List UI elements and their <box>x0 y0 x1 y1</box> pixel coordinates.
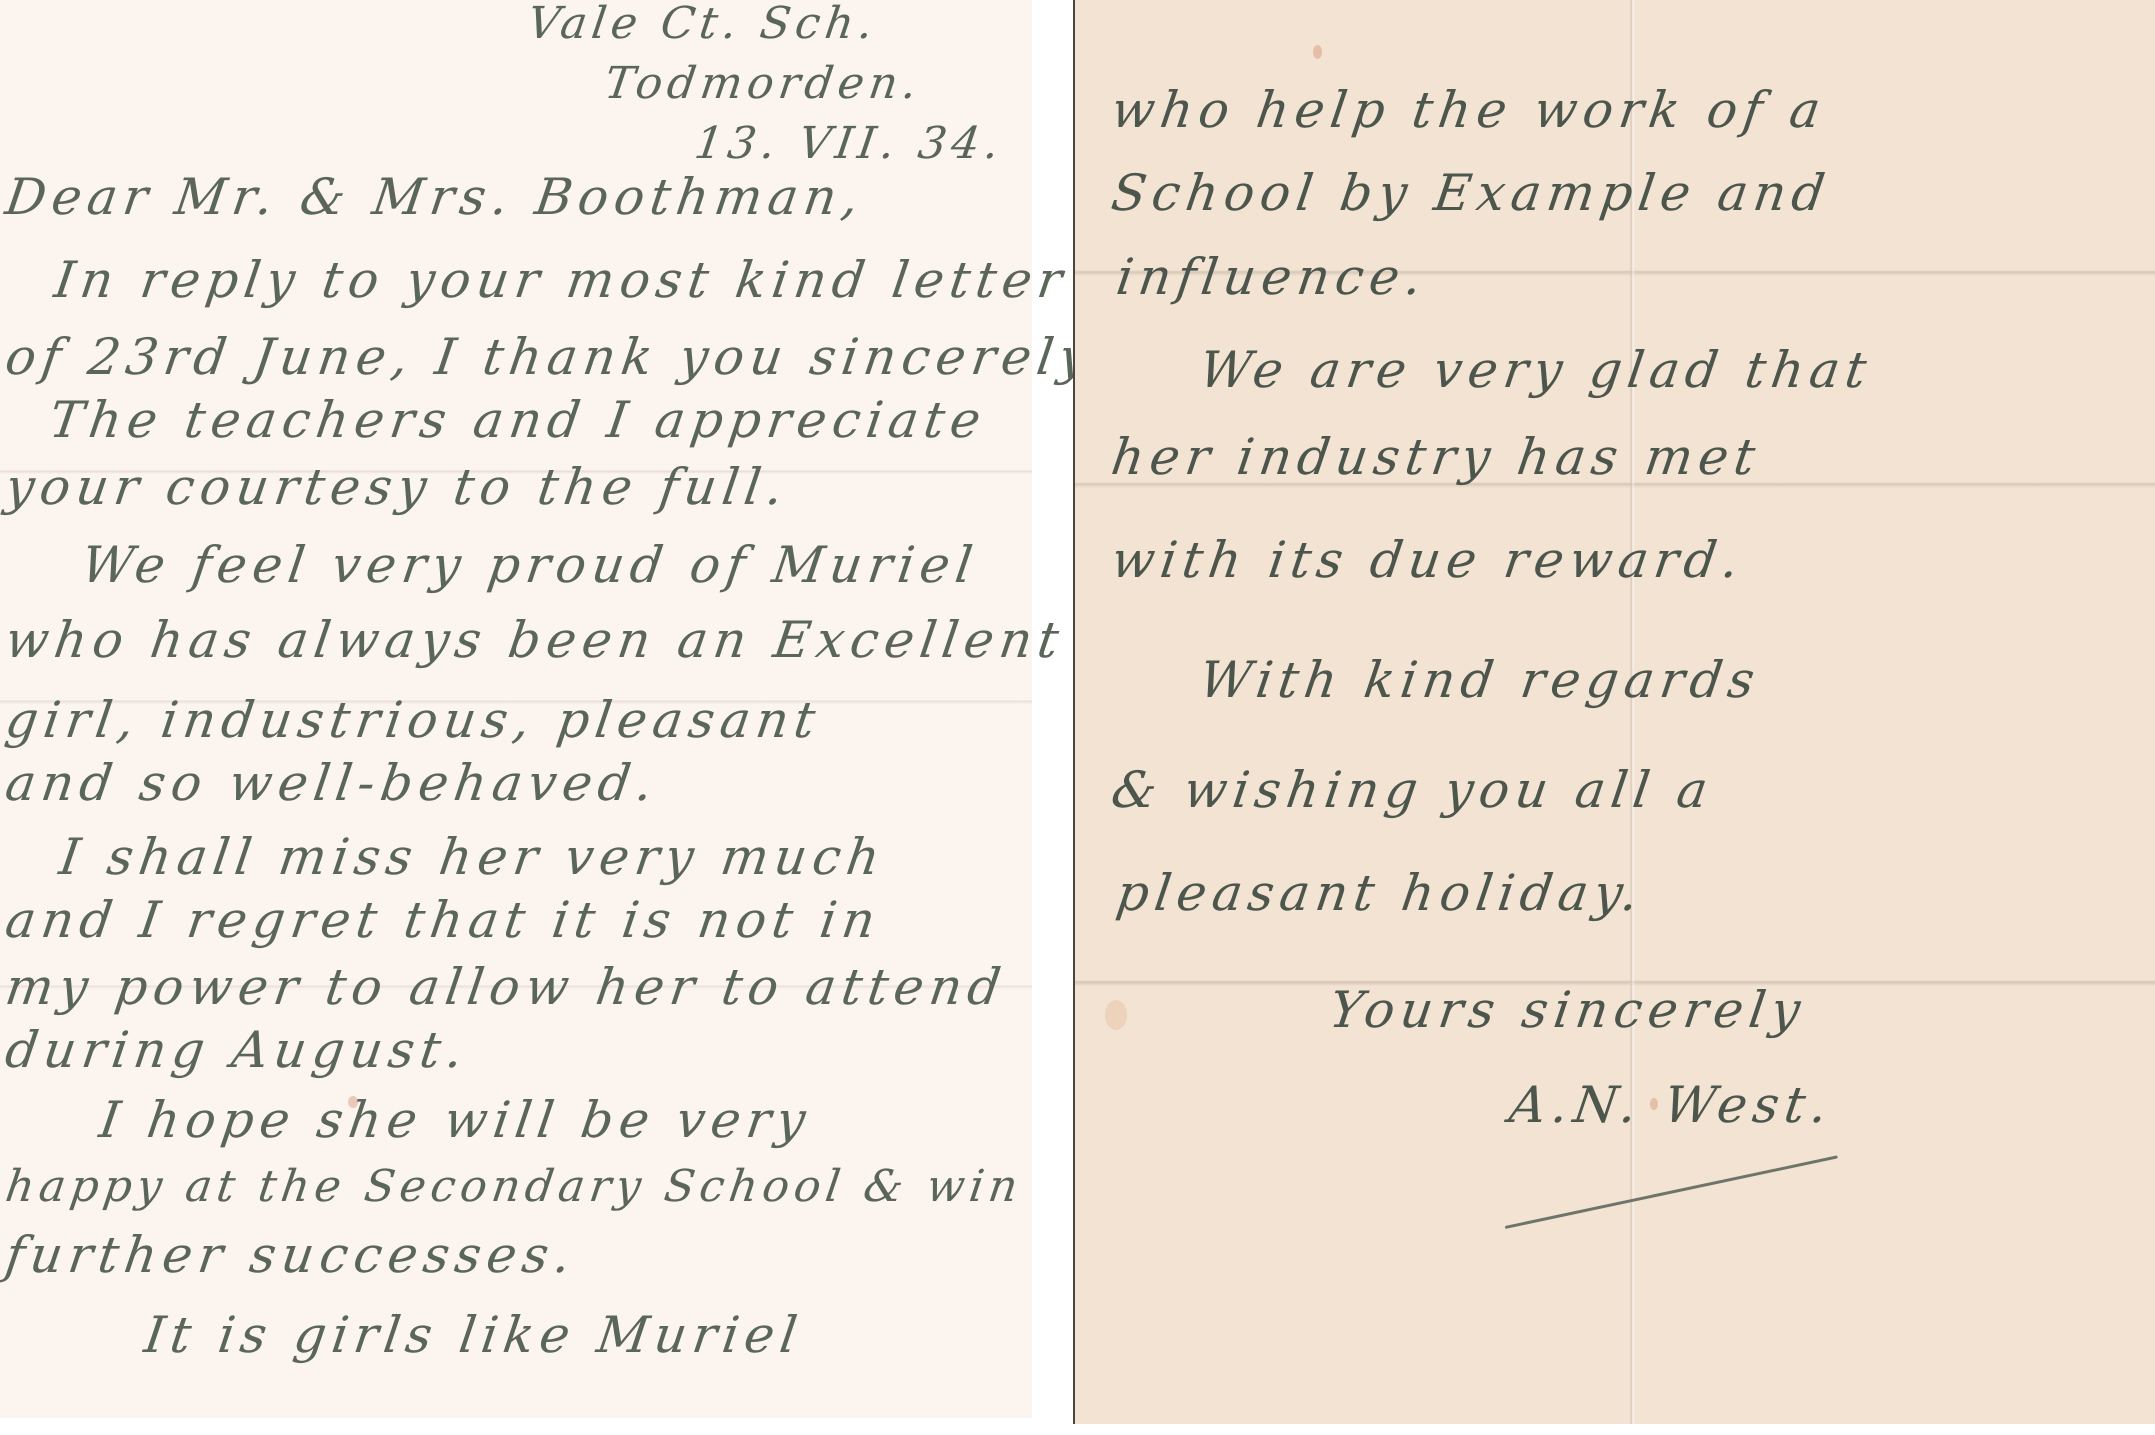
body-line: We are very glad that <box>1196 345 1875 395</box>
body-line: happy at the Secondary School & win <box>3 1165 1025 1209</box>
body-line: during August. <box>2 1025 471 1075</box>
body-line: my power to allow her to attend <box>2 962 1009 1012</box>
letter-page-1: Vale Ct. Sch. Todmorden. 13. VII. 34. De… <box>0 0 1032 1418</box>
body-line: with its due reward. <box>1108 535 1747 585</box>
body-line: We feel very proud of Muriel <box>78 540 981 590</box>
body-line: With kind regards <box>1196 655 1763 705</box>
body-line: School by Example and <box>1108 168 1833 218</box>
body-line: and so well-behaved. <box>2 758 661 808</box>
body-line: further successes. <box>2 1230 579 1280</box>
ink-stain <box>348 1096 358 1108</box>
body-line: girl, industrious, pleasant <box>2 695 824 745</box>
salutation: Dear Mr. & Mrs. Boothman, <box>2 172 867 222</box>
ink-stain <box>1650 1098 1658 1110</box>
body-line: who has always been an Excellent <box>2 615 1067 665</box>
body-line: I shall miss her very much <box>56 832 888 882</box>
paper-stain <box>1105 1000 1127 1030</box>
body-line: who help the work of a <box>1108 85 1829 135</box>
body-line: your courtesy to the full. <box>2 462 792 512</box>
body-line: her industry has met <box>1108 432 1763 482</box>
body-line: of 23rd June, I thank you sincerely. <box>2 332 1112 382</box>
signature-flourish <box>1505 1155 1838 1229</box>
ink-stain <box>1313 45 1322 59</box>
body-line: & wishing you all a <box>1108 765 1716 815</box>
letter-date: 13. VII. 34. <box>692 122 1007 166</box>
address-line-1: Vale Ct. Sch. <box>525 2 881 46</box>
body-line: pleasant holiday. <box>1113 868 1647 918</box>
signature: A.N. West. <box>1506 1080 1836 1130</box>
body-line: It is girls like Muriel <box>141 1310 805 1360</box>
body-line: influence. <box>1113 252 1430 302</box>
letter-page-2: who help the work of a School by Example… <box>1073 0 2155 1424</box>
body-line: I hope she will be very <box>96 1095 814 1145</box>
address-line-2: Todmorden. <box>602 62 925 106</box>
body-line: and I regret that it is not in <box>2 895 884 945</box>
body-line: In reply to your most kind letter <box>51 255 1071 305</box>
closing: Yours sincerely <box>1326 985 1809 1035</box>
body-line: The teachers and I appreciate <box>46 395 989 445</box>
